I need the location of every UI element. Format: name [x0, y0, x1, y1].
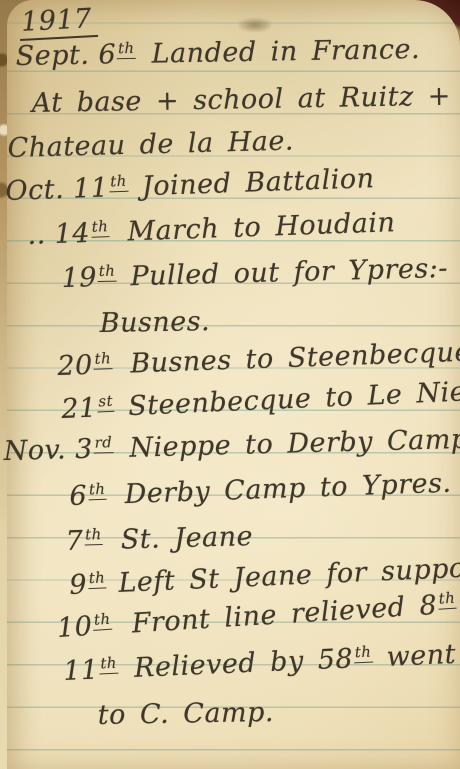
day-number: 11	[73, 172, 109, 204]
ordinal-suffix: th	[98, 262, 117, 282]
entry-text: St. Jeane	[120, 522, 253, 555]
date-prefix: Nov.	[3, 434, 66, 467]
ordinal-suffix: th	[99, 654, 118, 675]
ordinal-suffix: st	[97, 392, 114, 413]
day-number: 11	[63, 654, 100, 687]
ordinal-suffix: th	[353, 643, 372, 664]
diary-line: to C. Camp.	[97, 698, 274, 731]
photographed-diary-scene: 1917 Sept.6thLanded in France. At base +…	[0, 0, 460, 769]
ordinal-suffix: th	[87, 568, 106, 589]
entry-text: to C. Camp.	[97, 698, 274, 731]
date-prefix: Oct.	[5, 174, 65, 207]
ordinal-suffix: th	[93, 349, 112, 370]
ink-smudge	[238, 18, 272, 32]
entry-text: Landed in France.	[151, 35, 420, 69]
ordinal-suffix: th	[437, 589, 457, 610]
ordinal-suffix: rd	[93, 433, 113, 454]
day-number: 19	[61, 262, 97, 294]
date-prefix: Sept.	[15, 40, 89, 72]
ordinal-suffix: th	[90, 217, 109, 238]
diary-line: 7thSt. Jeane	[65, 522, 253, 557]
day-number: 3	[75, 434, 93, 465]
ordinal-suffix: th	[117, 39, 136, 59]
day-number: 6	[69, 480, 88, 512]
year-heading: 1917	[18, 3, 97, 41]
day-number: 7	[65, 526, 83, 557]
day-number: 10	[56, 611, 93, 644]
ditto-mark: ..	[27, 219, 46, 251]
ordinal-suffix: th	[92, 610, 112, 631]
ordinal-suffix: th	[84, 525, 103, 545]
day-number: 14	[54, 218, 90, 250]
day-number: 20	[57, 350, 93, 382]
ordinal-suffix: th	[109, 172, 128, 193]
day-number: 6	[98, 39, 116, 70]
entry-text-tail: went	[372, 639, 457, 674]
day-number: 9	[69, 569, 88, 601]
ordinal-suffix: th	[88, 480, 107, 501]
diary-line: Busnes.	[99, 307, 210, 339]
entry-text: Busnes.	[99, 307, 210, 339]
day-number: 21	[61, 392, 98, 425]
year-heading-line: 1917	[18, 4, 97, 38]
